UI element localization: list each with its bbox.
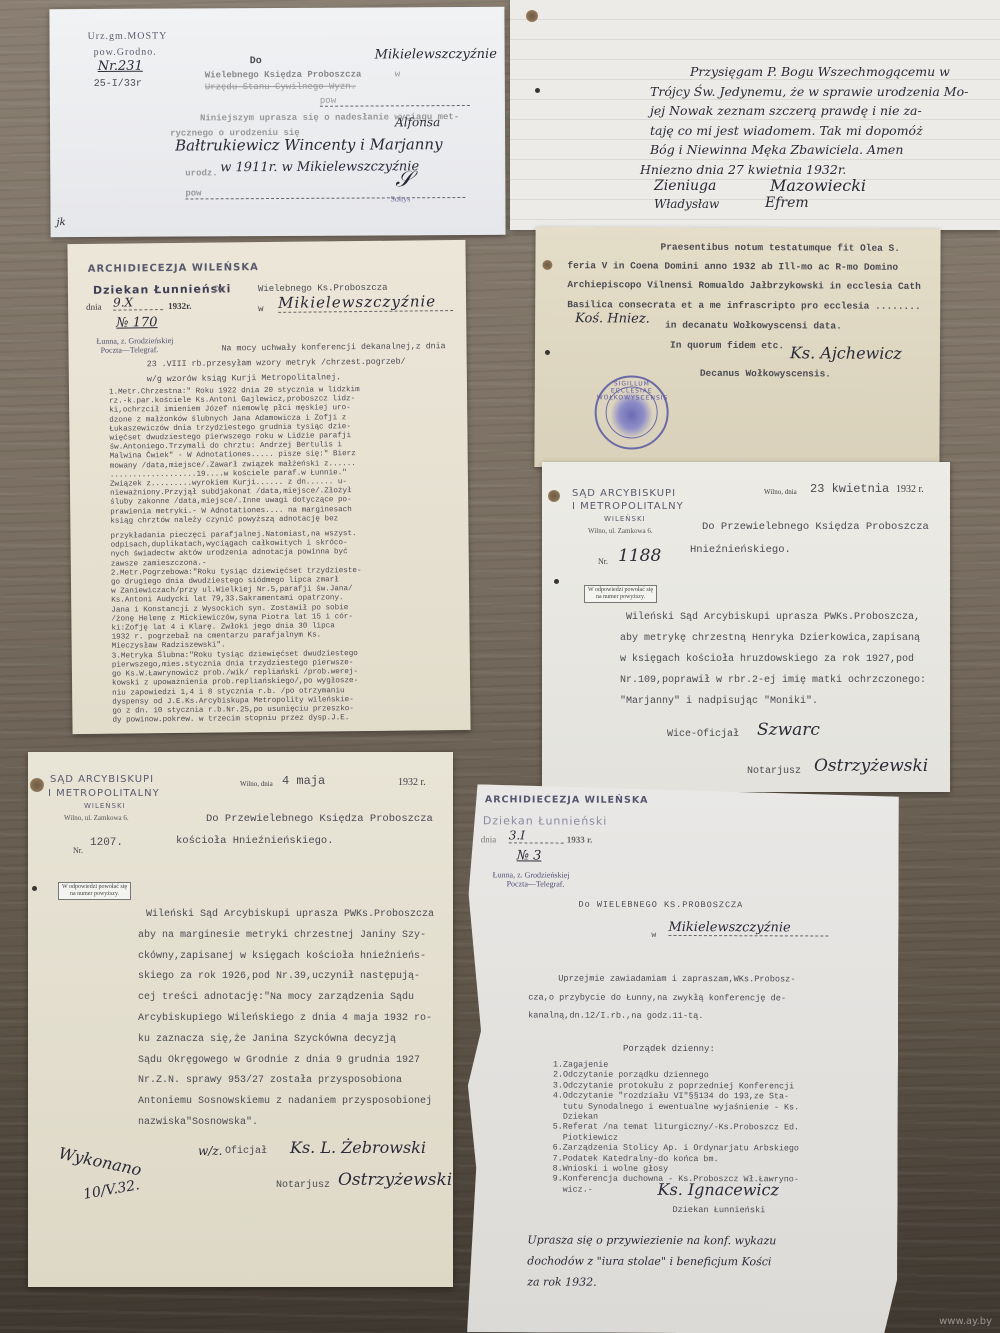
document-court-letter-1207: SĄD ARCYBISKUPI I METROPOLITALNY WILEŃSK…: [28, 752, 453, 1287]
office-stamp-line-2: pow.Grodno.: [94, 47, 157, 58]
body-line: ku zaznacza się,że Janina Szyckówna decy…: [138, 1030, 434, 1051]
cert-line-5: in decanatu Wołkowyscensi data.: [665, 320, 842, 332]
handwritten-parents: Bałtrukiewicz Wincenty i Marjanny: [175, 135, 443, 154]
recipient-line-1: Do Przewielebnego Księdza Proboszcza: [702, 521, 929, 533]
agenda-item: 2.Odczytanie porządku dziennego: [553, 1070, 799, 1081]
document-handwritten-oath: Przysięgam P. Bogu Wszechmogącemu w Trój…: [510, 0, 1000, 230]
oath-text: Przysięgam P. Bogu Wszechmogącemu w Trój…: [650, 62, 968, 179]
reply-note-line: W odpowiedzi powołać się: [62, 884, 127, 891]
date-label: dnia: [481, 834, 497, 844]
paragraph-baptism: 1.Metr.Chrzestna:" Roku 1922 dnia 20 sty…: [109, 386, 363, 726]
text-line: dy powinow.pokrew. w trzecim stopniu prz…: [112, 714, 363, 726]
letterhead-line-2: I METROPOLITALNY: [572, 501, 684, 512]
punch-dot: [535, 88, 540, 93]
w-label: w: [258, 304, 264, 314]
cert-line-1: Praesentibus notum testatumque fit Olea …: [660, 242, 900, 254]
punch-hole: [542, 260, 552, 270]
signature-3: Władysław: [654, 197, 719, 211]
agenda-item: 5.Referat /na temat liturgiczny/-Ks.Prob…: [553, 1122, 799, 1133]
handwritten-given-name: Alfonsa: [395, 115, 440, 129]
recipient-line-2: Hnieźnieńskiego.: [690, 544, 791, 556]
body-line: Uprzejmie zawiadamiam i zapraszam,WKs.Pr…: [558, 970, 795, 989]
date-handwritten: 3.I: [509, 828, 564, 843]
punch-dot: [545, 350, 550, 355]
address-line-2: Poczta—Telegraf.: [507, 879, 565, 888]
oath-line: taję co mi jest wiadomem. Tak mi dopomóż: [650, 121, 968, 141]
letter-body: Wileński Sąd Arcybiskupi uprasza PWKs.Pr…: [620, 607, 926, 712]
postscript-line: dochodów z "iura stolae" i beneficjum Ko…: [527, 1250, 776, 1272]
reply-note-line: W odpowiedzi powołać się: [588, 587, 653, 594]
signature-1: Zieniuga: [654, 178, 716, 194]
body-line: cza,o przybycie do Łunny,na zwykłą konfe…: [528, 988, 795, 1007]
letterhead-address: Wilno, ul. Zamkowa 6.: [588, 527, 653, 535]
date-year: 1932r.: [168, 301, 192, 311]
date-year: 1932 r.: [896, 484, 924, 495]
to-label: Do: [214, 284, 225, 294]
notary-signature: Ostrzyżewski: [814, 756, 928, 776]
intro-text: Na mocy uchwały konferencji dekanalnej,z…: [146, 339, 446, 387]
handwritten-birth: w 1911r. w Mikielewszczyźnie: [220, 159, 419, 175]
notary-label: Notarjusz: [276, 1180, 330, 1191]
body-line: aby na marginesie metryki chrzestnej Jan…: [138, 926, 434, 947]
number-handwritten: 1188: [618, 546, 661, 566]
body-line: nazwiska"Sosnowska".: [138, 1113, 434, 1134]
pow-label-2: pow: [185, 187, 465, 199]
recipient-line-2: kościoła Hnieźnieńskiego.: [176, 835, 334, 847]
oath-line: Trójcy Św. Jedynemu, że w sprawie urodze…: [650, 82, 968, 102]
agenda-title: Porządek dzienny:: [623, 1044, 715, 1054]
punch-dot: [32, 886, 37, 891]
handwritten-postscript: Uprasza się o przywiezienie na konf. wyk…: [527, 1229, 776, 1293]
number-handwritten: № 3: [517, 848, 542, 863]
intro-line: 23 .VIII rb.przesyłam wzory metryk /chrz…: [147, 354, 446, 372]
invitation-text: Uprzejmie zawiadamiam i zapraszam,WKs.Pr…: [528, 969, 795, 1025]
letterhead-line-2: I METROPOLITALNY: [48, 788, 160, 799]
date-year: 1932 r.: [398, 777, 426, 788]
document-civil-registry-request: Urz.gm.MOSTY pow.Grodno. Nr.231 25-I/33r…: [49, 7, 505, 237]
punch-hole: [526, 10, 538, 22]
oath-line: Przysięgam P. Bogu Wszechmogącemu w: [650, 62, 968, 82]
official-prefix: w/z.: [198, 1144, 222, 1158]
document-deanery-circular: ARCHIDIECEZJA WILEŃSKA Dziekan Łunnieńsk…: [67, 240, 470, 734]
letterhead-line-3: WILEŃSKI: [604, 515, 646, 523]
date-label: dnia: [86, 302, 102, 312]
agenda-item: 4.Odczytanie "rozdziału VI"§§134 do 193,…: [553, 1091, 799, 1102]
w-label: w: [651, 931, 656, 940]
body-line: cej treści adnotację:"Na mocy zarządzeni…: [138, 988, 434, 1009]
signature-4: Efrem: [765, 195, 809, 211]
pow-label: pow: [320, 95, 470, 107]
cert-closing: In quorum fidem etc.: [670, 340, 784, 352]
cert-line-4: Basilica consecrata et a me infrascripto…: [567, 299, 921, 312]
official-label: Oficjał: [225, 1146, 267, 1157]
signer-title: Dziekan Łunnieński: [672, 1205, 765, 1215]
recipient: Wielebnego Księdza Proboszcza: [205, 70, 362, 81]
letter-body: Wileński Sąd Arcybiskupi uprasza PWKs.Pr…: [138, 905, 434, 1134]
to-label: Do: [250, 56, 262, 67]
notary-signature: Ostrzyżewski: [338, 1170, 452, 1190]
agenda-item: 6.Zarządzenia Stolicy Ap. i Ordynarjatu …: [553, 1143, 799, 1154]
body-line: Wileński Sąd Arcybiskupi uprasza PWKs.Pr…: [626, 607, 926, 628]
signer-title: Decanus Wołkowyscensis.: [700, 368, 831, 380]
intro-line: w/g wzorów ksiąg Kurji Metropolitalnej.: [147, 369, 446, 387]
punch-hole: [30, 778, 44, 792]
cert-line-2: feria V in Coena Domini anno 1932 ab Ill…: [567, 260, 898, 273]
number-label: Nr.: [598, 557, 608, 566]
letterhead-line-3: WILEŃSKI: [84, 802, 126, 810]
date-value: 4 maja: [282, 774, 325, 788]
postscript-line: Uprasza się o przywiezienie na konf. wyk…: [527, 1229, 776, 1251]
dean-header: Dziekan Łunnieński: [483, 814, 608, 827]
intro-line: Na mocy uchwały konferencji dekanalnej,z…: [221, 339, 445, 356]
oath-line: Bóg i Niewinna Męka Zbawiciela. Amen: [650, 140, 968, 160]
body-line: w księgach kościoła hruzdowskiego za rok…: [620, 649, 926, 670]
reply-reference-note: W odpowiedzi powołać się na numer powyżs…: [584, 585, 657, 603]
notary-label: Notarjusz: [747, 766, 801, 777]
margin-note-date: 10/V.32.: [82, 1177, 141, 1203]
birth-label: urodz.: [185, 168, 217, 178]
body-line: "Marjanny" i nadpisując "Moniki".: [620, 691, 926, 712]
recipient-place-handwritten: Mikielewszczyźnie: [668, 920, 828, 937]
date-year: 1933 r.: [567, 835, 593, 845]
body-line: Nr.109,poprawił w rbr.2-ej imię matki oc…: [620, 670, 926, 691]
punch-dot: [554, 579, 559, 584]
number-label: Nr.: [73, 846, 83, 855]
body-line: Arcybiskupiego Wileńskiego z dnia 4 maja…: [138, 1009, 434, 1030]
recipient-line-1: Do Przewielebnego Księdza Proboszcza: [206, 813, 433, 825]
signature: 𝒮: [395, 167, 412, 192]
official-signature: Ks. L. Żebrowski: [290, 1138, 426, 1157]
letterhead-line-1: SĄD ARCYBISKUPI: [572, 488, 676, 499]
margin-note-executed: Wykonano: [57, 1143, 143, 1179]
vice-official-label: Wice-Oficjał: [667, 729, 739, 740]
reply-note-line: na numer powyższy.: [588, 594, 653, 601]
corner-mark: jk: [56, 217, 65, 228]
oath-line: jej Nowak zeznam szczerą prawdę i nie za…: [650, 101, 968, 121]
document-latin-certificate: Praesentibus notum testatumque fit Olea …: [534, 227, 940, 469]
recipient: Do WIELEBNEGO KS.PROBOSZCZA: [579, 900, 744, 911]
seal-text: SIGILLUM ECCLESIAE WOŁKOWYSCENSIS: [597, 380, 667, 401]
letterhead-line-1: SĄD ARCYBISKUPI: [50, 774, 154, 785]
body-line: ckówny,zapisanej w księgach kościoła hni…: [138, 947, 434, 968]
watermark: www.ay.by: [939, 1316, 992, 1327]
body-line: Wileński Sąd Arcybiskupi uprasza PWKs.Pr…: [146, 905, 434, 926]
recipient-crossed: Urzędu Stanu Cywilnego Wyzn.: [205, 82, 356, 93]
handwritten-church: Koś. Hniez.: [575, 311, 650, 326]
body-line: Antoniemu Sosnowskiemu z nadaniem przysp…: [138, 1092, 434, 1113]
body-line: aby metrykę chrzestną Henryka Dzierkowic…: [620, 628, 926, 649]
signature-stamp: Sołtys: [390, 194, 410, 203]
document-conference-invitation: ARCHIDIECEZJA WILEŃSKA Dziekan Łunnieńsk…: [467, 784, 899, 1333]
archdiocese-header: ARCHIDIECEZJA WILEŃSKA: [485, 794, 649, 806]
address-line-1: Łunna, z. Grodzieńskiej: [493, 870, 570, 879]
punch-hole: [548, 490, 560, 502]
number-handwritten: № 170: [116, 315, 157, 330]
date-prefix: Wilno, dnia: [764, 488, 797, 496]
reply-note-line: na numer powyższy.: [62, 891, 127, 898]
postscript-line: za rok 1932.: [527, 1271, 776, 1293]
dean-signature: Ks. Ignacewicz: [658, 1180, 779, 1199]
date-handwritten: 9.X: [113, 295, 163, 311]
recipient-place-handwritten: Mikielewszczyźnie: [375, 47, 497, 63]
document-number: 1207.: [90, 837, 123, 849]
body-line: skiego za rok 1926,pod Nr.39,uczynił nas…: [138, 967, 434, 988]
church-seal: SIGILLUM ECCLESIAE WOŁKOWYSCENSIS: [594, 375, 668, 449]
agenda-list: 1.Zagajenie 2.Odczytanie porządku dzienn…: [553, 1060, 800, 1196]
w-label: w: [395, 69, 400, 79]
archdiocese-header: ARCHIDIECEZJA WILEŃSKA: [88, 262, 259, 275]
reply-reference-note: W odpowiedzi powołać się na numer powyżs…: [58, 882, 131, 900]
recipient-place-handwritten: Mikielewszczyźnie: [278, 292, 453, 313]
office-stamp-line-1: Urz.gm.MOSTY: [88, 31, 168, 42]
signature: Ks. Ajchewicz: [790, 343, 902, 363]
body-line: Nr.Z.N. sprawy 953/27 została przysposob…: [138, 1071, 434, 1092]
document-number: Nr.231: [98, 59, 143, 74]
letterhead-address: Wilno, ul. Zamkowa 6.: [64, 814, 129, 822]
document-court-letter-1188: SĄD ARCYBISKUPI I METROPOLITALNY WILEŃSK…: [542, 462, 950, 792]
body-line: Sądu Okręgowego w Grodnie z dnia 9 grudn…: [138, 1051, 434, 1072]
date-prefix: Wilno, dnia: [240, 780, 273, 788]
vice-official-signature: Szwarc: [757, 720, 820, 740]
document-date: 25-I/33r: [94, 79, 142, 90]
cert-line-3: Archiepiscopo Vilnensi Romualdo Jałbrzyk…: [567, 279, 921, 292]
signature-2: Mazowiecki: [770, 176, 866, 195]
body-line: kanalną,dn.12/I.rb.,na godz.11-tą.: [528, 1006, 795, 1025]
date-value: 23 kwietnia: [810, 482, 889, 496]
